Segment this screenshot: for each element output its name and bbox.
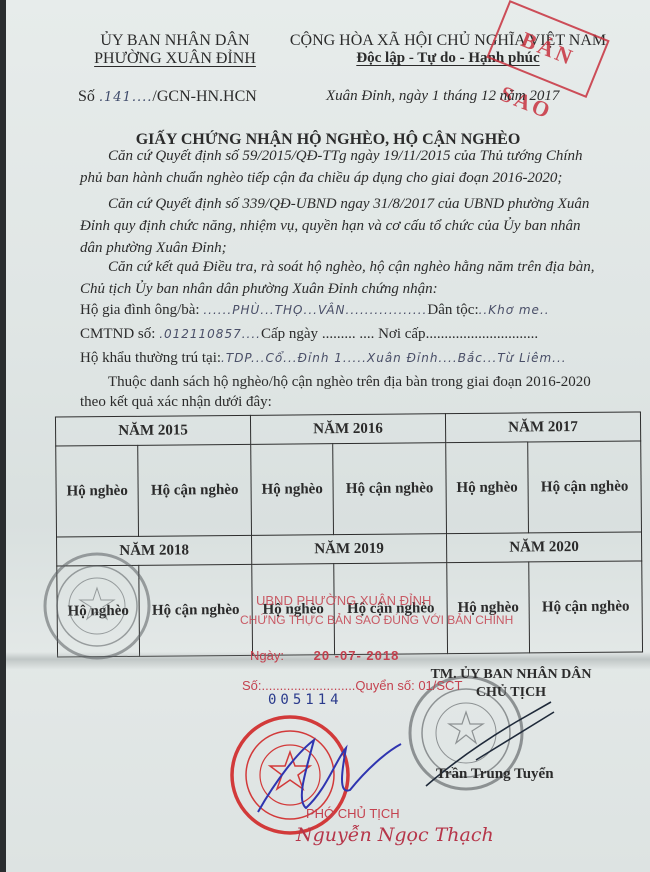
year-header: NĂM 2019 [251,534,446,565]
category-cell: Hộ cận nghèo [138,444,252,536]
category-cell: Hộ cận nghèo [528,441,642,533]
certification-line1: UBND PHƯỜNG XUÂN ĐỈNH [256,593,431,608]
id-field: CMTND số: .012110857....Cấp ngày .......… [80,326,538,343]
document-number: Số .141..../GCN-HN.HCN [78,88,257,106]
serial-number: 005114 [268,692,343,708]
year-header: NĂM 2015 [55,415,250,446]
category-cell: Hộ nghèo [251,444,334,536]
category-cell: Hộ nghèo [57,565,140,657]
legal-basis-2: Căn cứ Quyết định số 339/QĐ-UBND ngay 31… [80,193,600,259]
table-row: Hộ nghèo Hộ cận nghèo Hộ nghèo Hộ cận ng… [56,441,642,537]
certification-date-value: 20 -07- 2018 [314,648,400,663]
deputy-name: Nguyễn Ngọc Thạch [296,824,494,846]
category-cell: Hộ nghèo [446,442,529,534]
signatory-org: TM. ỦY BAN NHÂN DÂN [411,666,611,684]
legal-basis-3: Căn cứ kết quả Điều tra, rà soát hộ nghè… [80,256,600,300]
list-statement: Thuộc danh sách hộ nghèo/hộ cận nghèo tr… [80,372,620,412]
year-header: NĂM 2017 [445,412,640,443]
signatory-role: CHỦ TỊCH [411,684,611,702]
category-cell: Hộ cận nghèo [139,564,253,656]
certification-line2: CHỨNG THỰC BẢN SAO ĐÚNG VỚI BẢN CHÍNH [240,613,513,627]
certification-date: Ngày: 20 -07- 2018 [250,648,399,663]
category-cell: Hộ nghèo [252,564,335,656]
document-page: ỦY BAN NHÂN DÂN PHƯỜNG XUÂN ĐỈNH CỘNG HÒ… [6,0,650,872]
category-cell: Hộ cận nghèo [334,563,448,655]
category-cell: Hộ nghèo [56,445,139,537]
category-cell: Hộ cận nghèo [333,443,447,535]
household-name: ......PHÙ...THỌ...VÂN................. [203,303,427,317]
household-field: Hộ gia đình ông/bà: ......PHÙ...THỌ...VÂ… [80,302,550,319]
deputy-signature-icon [258,740,401,812]
signature-block: TM. ỦY BAN NHÂN DÂN CHỦ TỊCH [411,666,611,702]
issue-place: .............................. [426,326,539,342]
ethnicity-value: ..Khơ me.. [479,303,550,317]
legal-basis-1: Căn cứ Quyết định số 59/2015/QĐ-TTg ngày… [80,145,600,189]
issuer-line2: PHƯỜNG XUÂN ĐỈNH [94,50,256,67]
issuer-line1: ỦY BAN NHÂN DÂN [90,32,260,50]
copy-stamp: BẢN SAO [486,0,609,98]
issuer-header: ỦY BAN NHÂN DÂN PHƯỜNG XUÂN ĐỈNH [90,32,260,68]
residence-address: .TDP...Cổ...Đỉnh 1.....Xuân Đỉnh....Bắc.… [221,351,567,365]
id-number: .012110857.... [159,327,261,341]
deputy-role: PHÓ CHỦ TỊCH [306,806,400,821]
year-header: NĂM 2020 [446,532,641,563]
year-header: NĂM 2018 [57,535,252,566]
document-number-value: .141.... [99,90,152,105]
signatory-name: Trần Trung Tuyển [436,766,554,783]
issue-date: ......... .... [322,326,375,342]
place-date: Xuân Đỉnh, ngày 1 tháng 12 năm 2017 [326,88,559,105]
table-row: Hộ nghèo Hộ cận nghèo Hộ nghèo Hộ cận ng… [57,561,643,657]
category-cell: Hộ cận nghèo [529,561,643,653]
residence-field: Hộ khẩu thường trú tại:.TDP...Cổ...Đỉnh … [80,350,567,367]
year-header: NĂM 2016 [250,414,445,445]
category-cell: Hộ nghèo [447,562,530,654]
